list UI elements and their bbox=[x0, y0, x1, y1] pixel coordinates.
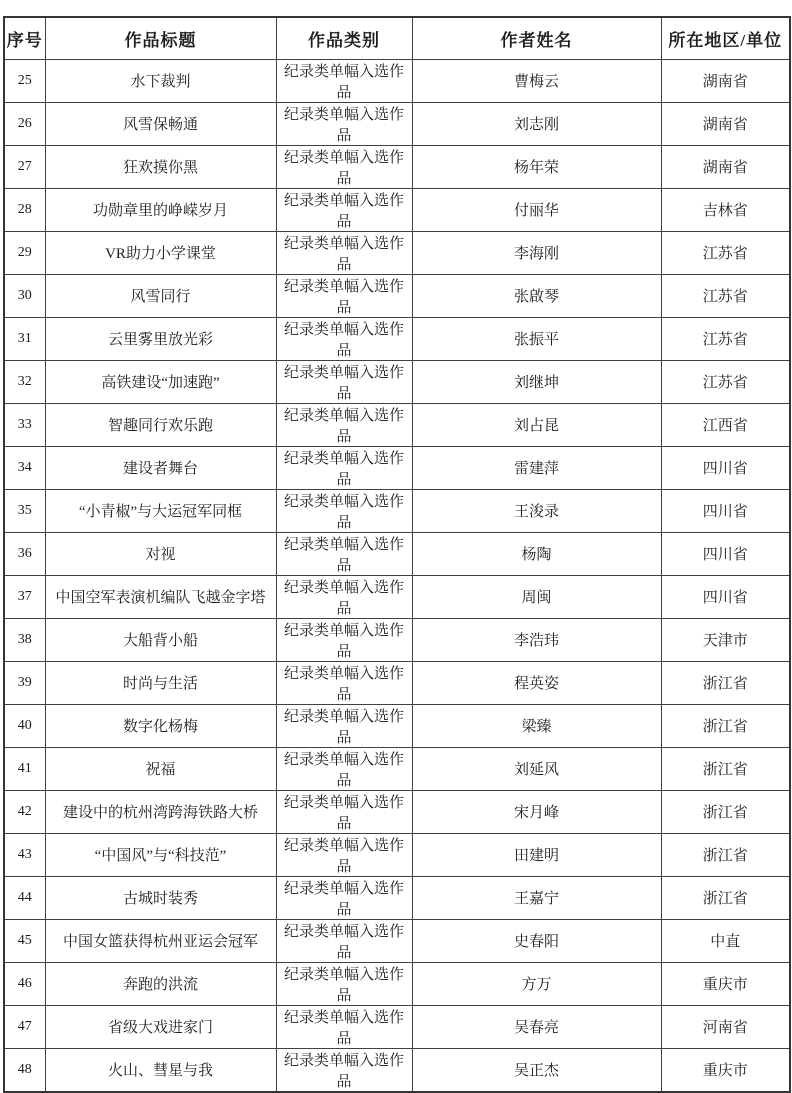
table-row: 25水下裁判纪录类单幅入选作品曹梅云湖南省 bbox=[4, 59, 790, 102]
serial-number-cell: 36 bbox=[4, 532, 45, 575]
serial-number-cell: 38 bbox=[4, 618, 45, 661]
table-row: 45中国女篮获得杭州亚运会冠军纪录类单幅入选作品史春阳中直 bbox=[4, 919, 790, 962]
serial-number-cell: 34 bbox=[4, 446, 45, 489]
table-header: 序号 作品标题 作品类别 作者姓名 所在地区/单位 bbox=[4, 17, 790, 59]
author-name-cell: 王浚录 bbox=[412, 489, 661, 532]
work-title-cell: 建设中的杭州湾跨海铁路大桥 bbox=[45, 790, 276, 833]
work-title-cell: 省级大戏进家门 bbox=[45, 1005, 276, 1048]
author-name-cell: 宋月峰 bbox=[412, 790, 661, 833]
work-category-cell: 纪录类单幅入选作品 bbox=[276, 102, 412, 145]
work-title-cell: 奔跑的洪流 bbox=[45, 962, 276, 1005]
table-row: 41祝福纪录类单幅入选作品刘延风浙江省 bbox=[4, 747, 790, 790]
table-row: 27狂欢摸你黑纪录类单幅入选作品杨年荣湖南省 bbox=[4, 145, 790, 188]
region-unit-cell: 浙江省 bbox=[661, 661, 790, 704]
author-name-cell: 史春阳 bbox=[412, 919, 661, 962]
work-category-cell: 纪录类单幅入选作品 bbox=[276, 188, 412, 231]
author-name-cell: 杨年荣 bbox=[412, 145, 661, 188]
author-name-cell: 周闽 bbox=[412, 575, 661, 618]
serial-number-cell: 32 bbox=[4, 360, 45, 403]
region-unit-cell: 湖南省 bbox=[661, 59, 790, 102]
author-name-cell: 梁臻 bbox=[412, 704, 661, 747]
table-row: 46奔跑的洪流纪录类单幅入选作品方万重庆市 bbox=[4, 962, 790, 1005]
work-title-cell: 中国女篮获得杭州亚运会冠军 bbox=[45, 919, 276, 962]
table-row: 44古城时装秀纪录类单幅入选作品王嘉宁浙江省 bbox=[4, 876, 790, 919]
work-title-cell: “中国风”与“科技范” bbox=[45, 833, 276, 876]
work-title-cell: 狂欢摸你黑 bbox=[45, 145, 276, 188]
serial-number-cell: 44 bbox=[4, 876, 45, 919]
work-category-cell: 纪录类单幅入选作品 bbox=[276, 59, 412, 102]
serial-number-cell: 29 bbox=[4, 231, 45, 274]
work-title-cell: VR助力小学课堂 bbox=[45, 231, 276, 274]
author-name-cell: 张振平 bbox=[412, 317, 661, 360]
author-name-cell: 田建明 bbox=[412, 833, 661, 876]
serial-number-cell: 39 bbox=[4, 661, 45, 704]
table-row: 47省级大戏进家门纪录类单幅入选作品吴春亮河南省 bbox=[4, 1005, 790, 1048]
author-name-cell: 雷建萍 bbox=[412, 446, 661, 489]
region-unit-cell: 天津市 bbox=[661, 618, 790, 661]
serial-number-cell: 48 bbox=[4, 1048, 45, 1092]
serial-number-cell: 28 bbox=[4, 188, 45, 231]
region-unit-cell: 河南省 bbox=[661, 1005, 790, 1048]
header-work-category: 作品类别 bbox=[276, 17, 412, 59]
author-name-cell: 李浩玮 bbox=[412, 618, 661, 661]
region-unit-cell: 浙江省 bbox=[661, 747, 790, 790]
work-title-cell: 水下裁判 bbox=[45, 59, 276, 102]
work-title-cell: 风雪同行 bbox=[45, 274, 276, 317]
work-category-cell: 纪录类单幅入选作品 bbox=[276, 704, 412, 747]
table-row: 26风雪保畅通纪录类单幅入选作品刘志刚湖南省 bbox=[4, 102, 790, 145]
region-unit-cell: 四川省 bbox=[661, 489, 790, 532]
region-unit-cell: 浙江省 bbox=[661, 876, 790, 919]
work-title-cell: 风雪保畅通 bbox=[45, 102, 276, 145]
work-title-cell: 功勋章里的峥嵘岁月 bbox=[45, 188, 276, 231]
table-row: 37中国空军表演机编队飞越金字塔纪录类单幅入选作品周闽四川省 bbox=[4, 575, 790, 618]
work-title-cell: 数字化杨梅 bbox=[45, 704, 276, 747]
table-row: 40数字化杨梅纪录类单幅入选作品梁臻浙江省 bbox=[4, 704, 790, 747]
work-category-cell: 纪录类单幅入选作品 bbox=[276, 618, 412, 661]
serial-number-cell: 42 bbox=[4, 790, 45, 833]
table-row: 42建设中的杭州湾跨海铁路大桥纪录类单幅入选作品宋月峰浙江省 bbox=[4, 790, 790, 833]
work-title-cell: 建设者舞台 bbox=[45, 446, 276, 489]
table-row: 30风雪同行纪录类单幅入选作品张啟琴江苏省 bbox=[4, 274, 790, 317]
serial-number-cell: 26 bbox=[4, 102, 45, 145]
region-unit-cell: 浙江省 bbox=[661, 790, 790, 833]
table-row: 38大船背小船纪录类单幅入选作品李浩玮天津市 bbox=[4, 618, 790, 661]
document-page: 序号 作品标题 作品类别 作者姓名 所在地区/单位 25水下裁判纪录类单幅入选作… bbox=[0, 0, 792, 1020]
work-category-cell: 纪录类单幅入选作品 bbox=[276, 1048, 412, 1092]
region-unit-cell: 四川省 bbox=[661, 532, 790, 575]
work-category-cell: 纪录类单幅入选作品 bbox=[276, 489, 412, 532]
header-serial-number: 序号 bbox=[4, 17, 45, 59]
serial-number-cell: 37 bbox=[4, 575, 45, 618]
table-row: 31云里雾里放光彩纪录类单幅入选作品张振平江苏省 bbox=[4, 317, 790, 360]
serial-number-cell: 35 bbox=[4, 489, 45, 532]
author-name-cell: 刘延风 bbox=[412, 747, 661, 790]
region-unit-cell: 江苏省 bbox=[661, 274, 790, 317]
serial-number-cell: 47 bbox=[4, 1005, 45, 1048]
work-title-cell: 云里雾里放光彩 bbox=[45, 317, 276, 360]
header-author-name: 作者姓名 bbox=[412, 17, 661, 59]
region-unit-cell: 四川省 bbox=[661, 446, 790, 489]
work-category-cell: 纪录类单幅入选作品 bbox=[276, 317, 412, 360]
region-unit-cell: 江西省 bbox=[661, 403, 790, 446]
table-row: 43“中国风”与“科技范”纪录类单幅入选作品田建明浙江省 bbox=[4, 833, 790, 876]
work-title-cell: 火山、彗星与我 bbox=[45, 1048, 276, 1092]
work-category-cell: 纪录类单幅入选作品 bbox=[276, 876, 412, 919]
header-work-title: 作品标题 bbox=[45, 17, 276, 59]
author-name-cell: 刘志刚 bbox=[412, 102, 661, 145]
author-name-cell: 曹梅云 bbox=[412, 59, 661, 102]
work-title-cell: 时尚与生活 bbox=[45, 661, 276, 704]
table-row: 34建设者舞台纪录类单幅入选作品雷建萍四川省 bbox=[4, 446, 790, 489]
work-category-cell: 纪录类单幅入选作品 bbox=[276, 360, 412, 403]
table-row: 36对视纪录类单幅入选作品杨陶四川省 bbox=[4, 532, 790, 575]
work-category-cell: 纪录类单幅入选作品 bbox=[276, 1005, 412, 1048]
work-title-cell: 大船背小船 bbox=[45, 618, 276, 661]
author-name-cell: 王嘉宁 bbox=[412, 876, 661, 919]
work-category-cell: 纪录类单幅入选作品 bbox=[276, 231, 412, 274]
author-name-cell: 付丽华 bbox=[412, 188, 661, 231]
author-name-cell: 刘占昆 bbox=[412, 403, 661, 446]
region-unit-cell: 重庆市 bbox=[661, 962, 790, 1005]
serial-number-cell: 25 bbox=[4, 59, 45, 102]
region-unit-cell: 中直 bbox=[661, 919, 790, 962]
work-category-cell: 纪录类单幅入选作品 bbox=[276, 919, 412, 962]
region-unit-cell: 江苏省 bbox=[661, 360, 790, 403]
table-body: 25水下裁判纪录类单幅入选作品曹梅云湖南省26风雪保畅通纪录类单幅入选作品刘志刚… bbox=[4, 59, 790, 1092]
author-name-cell: 李海刚 bbox=[412, 231, 661, 274]
serial-number-cell: 31 bbox=[4, 317, 45, 360]
work-category-cell: 纪录类单幅入选作品 bbox=[276, 833, 412, 876]
serial-number-cell: 41 bbox=[4, 747, 45, 790]
region-unit-cell: 江苏省 bbox=[661, 231, 790, 274]
work-category-cell: 纪录类单幅入选作品 bbox=[276, 661, 412, 704]
table-row: 35“小青椒”与大运冠军同框纪录类单幅入选作品王浚录四川省 bbox=[4, 489, 790, 532]
work-title-cell: 祝福 bbox=[45, 747, 276, 790]
work-category-cell: 纪录类单幅入选作品 bbox=[276, 790, 412, 833]
author-name-cell: 杨陶 bbox=[412, 532, 661, 575]
work-category-cell: 纪录类单幅入选作品 bbox=[276, 747, 412, 790]
region-unit-cell: 江苏省 bbox=[661, 317, 790, 360]
author-name-cell: 刘继坤 bbox=[412, 360, 661, 403]
serial-number-cell: 33 bbox=[4, 403, 45, 446]
work-category-cell: 纪录类单幅入选作品 bbox=[276, 532, 412, 575]
serial-number-cell: 30 bbox=[4, 274, 45, 317]
table-row: 28功勋章里的峥嵘岁月纪录类单幅入选作品付丽华吉林省 bbox=[4, 188, 790, 231]
author-name-cell: 方万 bbox=[412, 962, 661, 1005]
region-unit-cell: 湖南省 bbox=[661, 145, 790, 188]
work-category-cell: 纪录类单幅入选作品 bbox=[276, 962, 412, 1005]
region-unit-cell: 重庆市 bbox=[661, 1048, 790, 1092]
work-category-cell: 纪录类单幅入选作品 bbox=[276, 403, 412, 446]
work-category-cell: 纪录类单幅入选作品 bbox=[276, 446, 412, 489]
serial-number-cell: 40 bbox=[4, 704, 45, 747]
work-title-cell: 中国空军表演机编队飞越金字塔 bbox=[45, 575, 276, 618]
serial-number-cell: 45 bbox=[4, 919, 45, 962]
work-title-cell: 对视 bbox=[45, 532, 276, 575]
work-title-cell: 古城时装秀 bbox=[45, 876, 276, 919]
table-row: 33智趣同行欢乐跑纪录类单幅入选作品刘占昆江西省 bbox=[4, 403, 790, 446]
work-category-cell: 纪录类单幅入选作品 bbox=[276, 274, 412, 317]
work-title-cell: 高铁建设“加速跑” bbox=[45, 360, 276, 403]
region-unit-cell: 湖南省 bbox=[661, 102, 790, 145]
region-unit-cell: 四川省 bbox=[661, 575, 790, 618]
author-name-cell: 程英姿 bbox=[412, 661, 661, 704]
author-name-cell: 吴春亮 bbox=[412, 1005, 661, 1048]
serial-number-cell: 46 bbox=[4, 962, 45, 1005]
work-category-cell: 纪录类单幅入选作品 bbox=[276, 575, 412, 618]
author-name-cell: 张啟琴 bbox=[412, 274, 661, 317]
header-region-unit: 所在地区/单位 bbox=[661, 17, 790, 59]
work-title-cell: 智趣同行欢乐跑 bbox=[45, 403, 276, 446]
table-row: 29VR助力小学课堂纪录类单幅入选作品李海刚江苏省 bbox=[4, 231, 790, 274]
work-title-cell: “小青椒”与大运冠军同框 bbox=[45, 489, 276, 532]
works-table: 序号 作品标题 作品类别 作者姓名 所在地区/单位 25水下裁判纪录类单幅入选作… bbox=[3, 16, 791, 1093]
header-row: 序号 作品标题 作品类别 作者姓名 所在地区/单位 bbox=[4, 17, 790, 59]
work-category-cell: 纪录类单幅入选作品 bbox=[276, 145, 412, 188]
author-name-cell: 吴正杰 bbox=[412, 1048, 661, 1092]
serial-number-cell: 27 bbox=[4, 145, 45, 188]
table-row: 32高铁建设“加速跑”纪录类单幅入选作品刘继坤江苏省 bbox=[4, 360, 790, 403]
serial-number-cell: 43 bbox=[4, 833, 45, 876]
region-unit-cell: 浙江省 bbox=[661, 704, 790, 747]
region-unit-cell: 浙江省 bbox=[661, 833, 790, 876]
table-row: 39时尚与生活纪录类单幅入选作品程英姿浙江省 bbox=[4, 661, 790, 704]
table-row: 48火山、彗星与我纪录类单幅入选作品吴正杰重庆市 bbox=[4, 1048, 790, 1092]
region-unit-cell: 吉林省 bbox=[661, 188, 790, 231]
